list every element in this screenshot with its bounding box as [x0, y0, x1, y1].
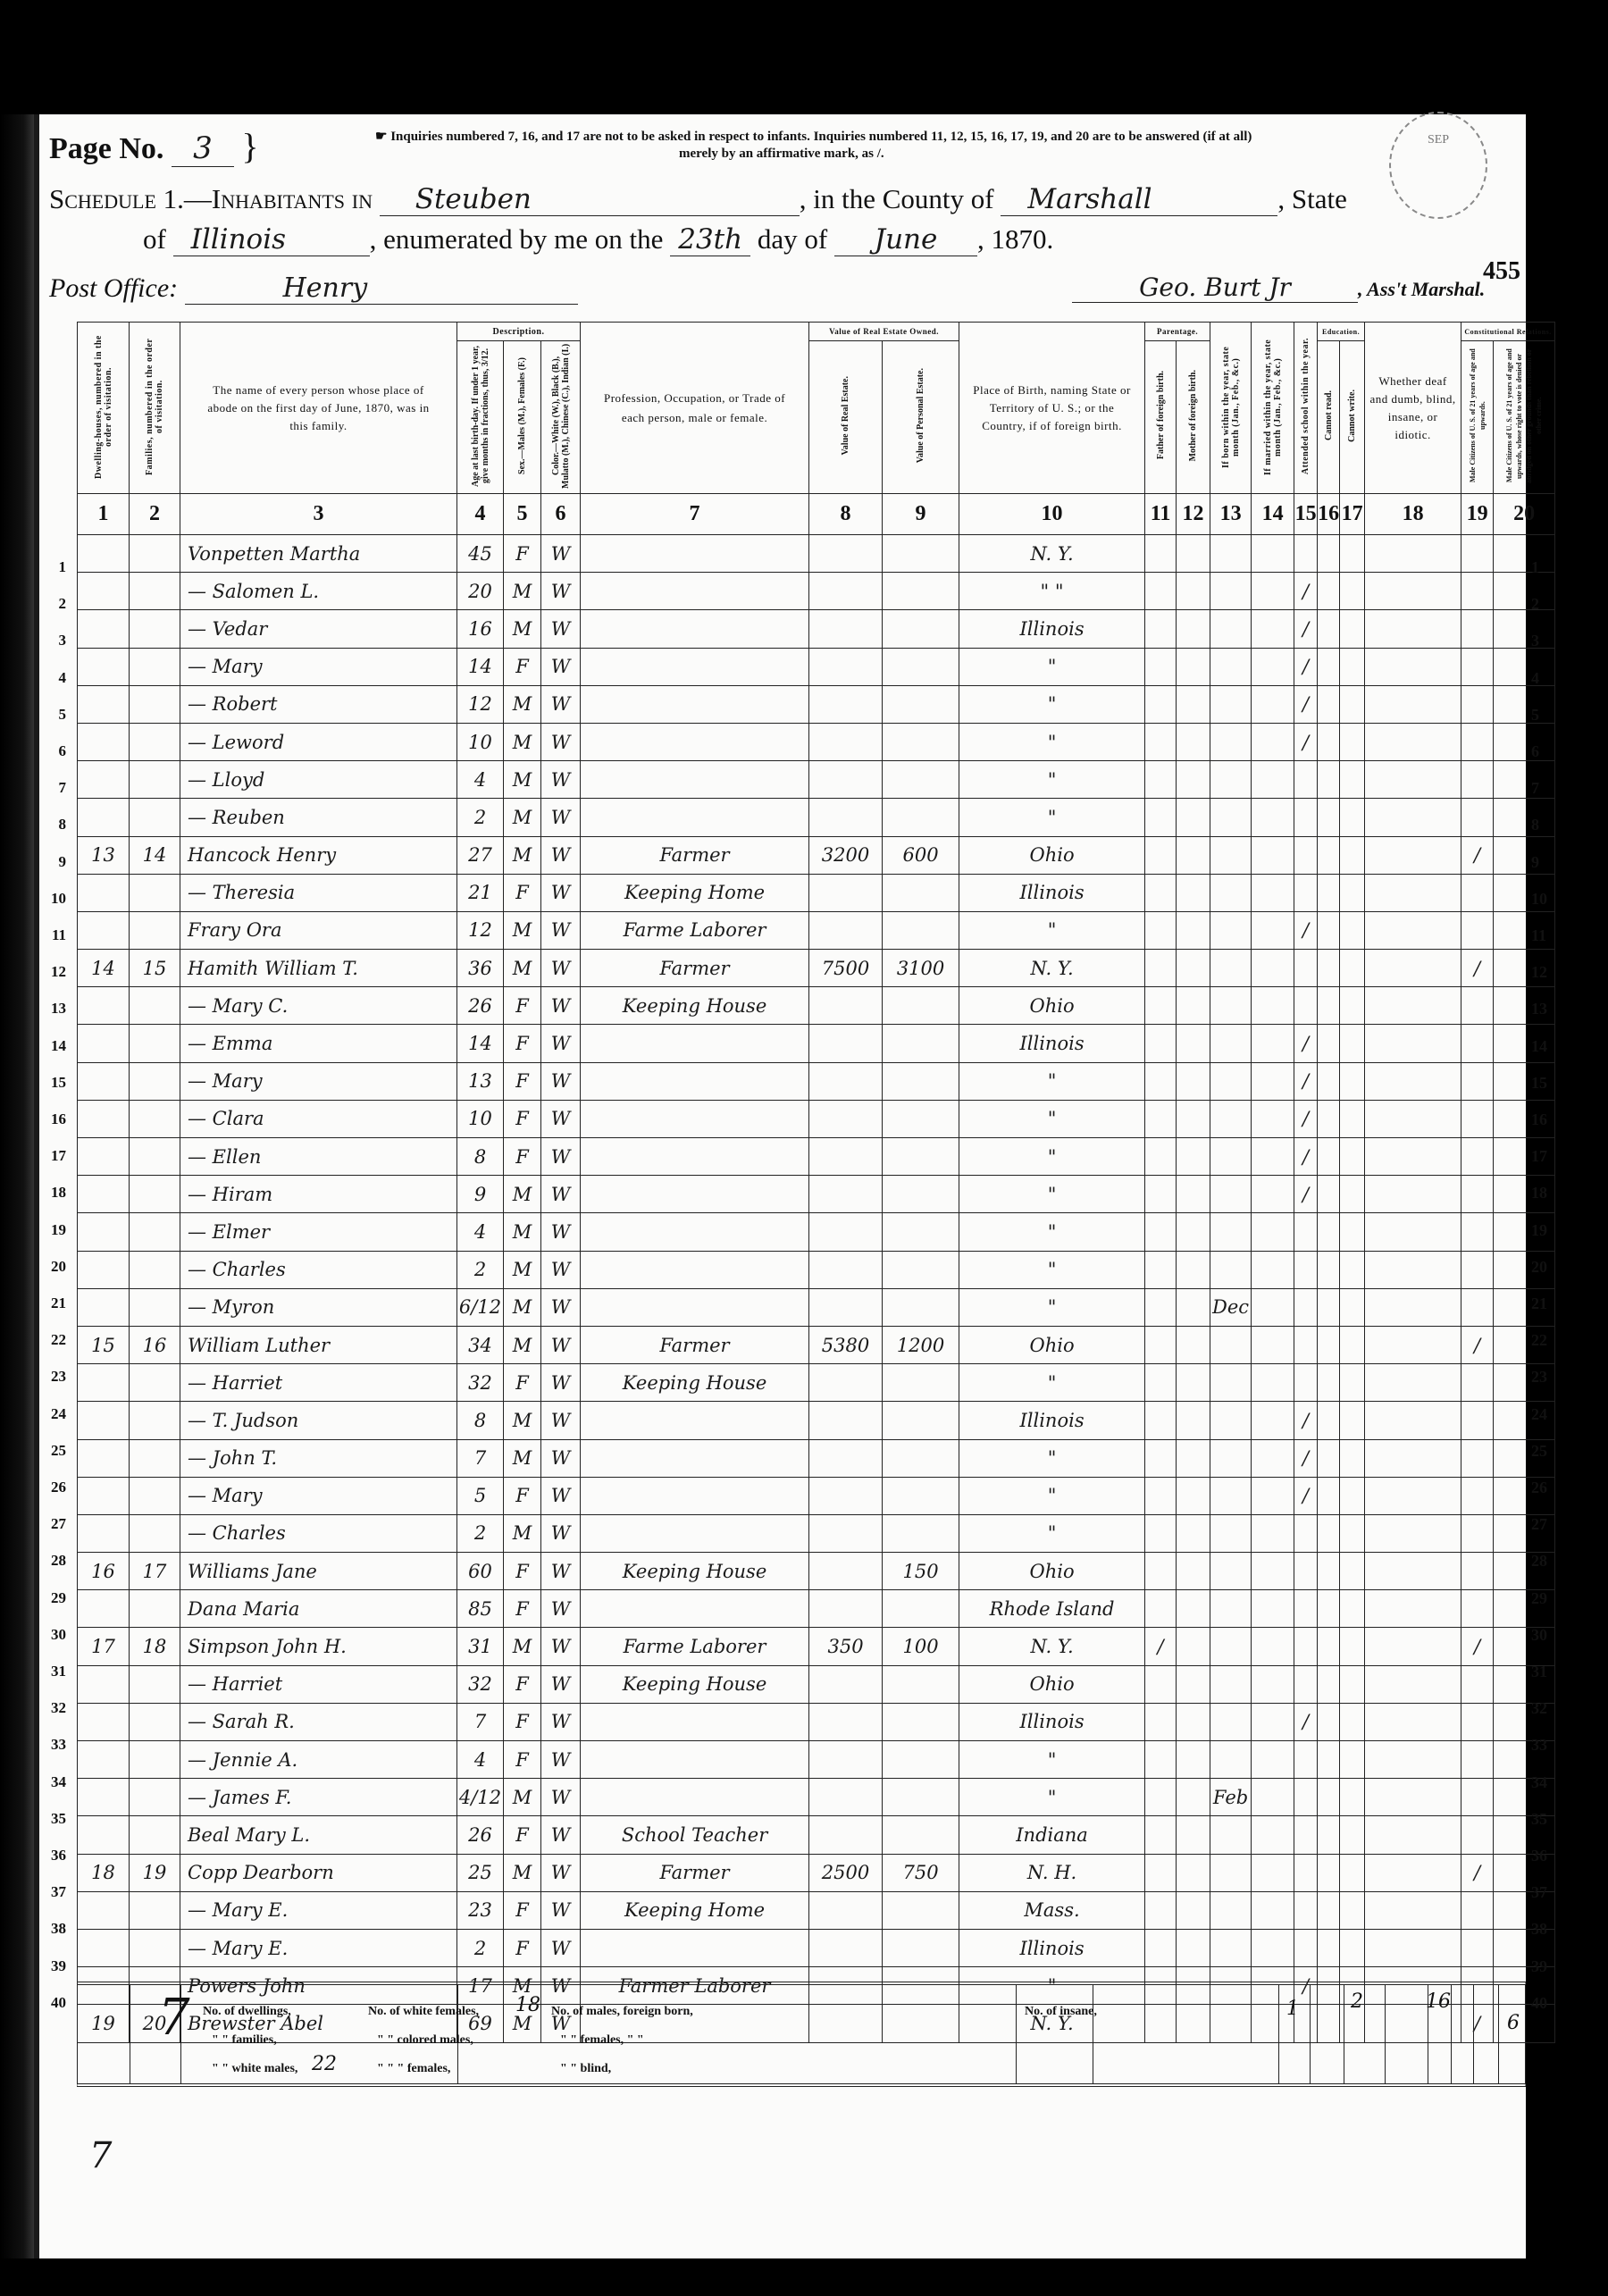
cell-mother-foreign — [1177, 1703, 1210, 1740]
cell-age: 5 — [457, 1477, 504, 1514]
cell-occupation: Keeping House — [581, 987, 809, 1025]
cell-birthplace: " — [959, 1439, 1145, 1477]
line-number-right: 5 — [1531, 706, 1539, 725]
census-row: — Ellen8FW"/ — [78, 1138, 1555, 1176]
cell-color: W — [541, 1213, 581, 1251]
cell-real-estate — [809, 1100, 883, 1137]
cell-real-estate — [809, 1779, 883, 1816]
cell-real-estate — [809, 911, 883, 949]
cell-citizen — [1461, 1665, 1494, 1703]
cell-school: / — [1294, 1138, 1318, 1176]
cell-name: — Leword — [180, 723, 457, 760]
cell-father-foreign — [1145, 1514, 1177, 1552]
census-row: — Salomen L.20MW" "/ — [78, 573, 1555, 610]
cell-father-foreign — [1145, 1100, 1177, 1137]
cell-school: / — [1294, 573, 1318, 610]
cell-mother-foreign — [1177, 1477, 1210, 1514]
cell-disability — [1365, 648, 1461, 685]
cell-name: — Harriet — [180, 1364, 457, 1402]
cell-father-foreign — [1145, 1288, 1177, 1326]
line-number-right: 9 — [1531, 853, 1539, 872]
census-row: 1617Williams Jane60FWKeeping House150Ohi… — [78, 1553, 1555, 1590]
cell-birthplace: Ohio — [959, 1553, 1145, 1590]
cell-age: 10 — [457, 723, 504, 760]
census-row: — Elmer4MW" — [78, 1213, 1555, 1251]
cell-birthplace: Illinois — [959, 1703, 1145, 1740]
cell-father-foreign — [1145, 685, 1177, 723]
cell-born-month — [1210, 987, 1252, 1025]
cell-cannot-write — [1340, 761, 1365, 799]
cell-cannot-write — [1340, 1703, 1365, 1740]
cell-cannot-read — [1318, 1402, 1340, 1439]
cell-born-month — [1210, 1665, 1252, 1703]
cell-family — [130, 1741, 180, 1779]
col-7-header: Profession, Occupation, or Trade of each… — [581, 323, 809, 494]
cell-school — [1294, 1326, 1318, 1363]
cell-age: 4 — [457, 1213, 504, 1251]
cell-born-month — [1210, 1138, 1252, 1176]
cell-cannot-write — [1340, 1176, 1365, 1213]
cell-name: — Mary C. — [180, 987, 457, 1025]
cell-cannot-read — [1318, 1251, 1340, 1288]
cell-mother-foreign — [1177, 1514, 1210, 1552]
cell-family — [130, 1288, 180, 1326]
cell-cannot-write — [1340, 1402, 1365, 1439]
cell-family — [130, 573, 180, 610]
cell-cannot-write — [1340, 836, 1365, 874]
cell-birthplace: " — [959, 1251, 1145, 1288]
cell-cannot-read — [1318, 1477, 1340, 1514]
cell-citizen — [1461, 1477, 1494, 1514]
census-row: — Harriet32FWKeeping House" — [78, 1364, 1555, 1402]
cell-name: — Salomen L. — [180, 573, 457, 610]
cell-real-estate — [809, 685, 883, 723]
cell-cannot-write — [1340, 1025, 1365, 1062]
cell-sex: F — [504, 535, 541, 573]
cell-birthplace: N. Y. — [959, 535, 1145, 573]
cell-school — [1294, 1891, 1318, 1929]
cell-dwelling: 16 — [78, 1553, 130, 1590]
cell-age: 85 — [457, 1590, 504, 1628]
cell-birthplace: " — [959, 1364, 1145, 1402]
cell-school: / — [1294, 1025, 1318, 1062]
county-field: Marshall — [1001, 183, 1277, 216]
inquiry-note-line1: ☛ Inquiries numbered 7, 16, and 17 are n… — [375, 129, 1528, 146]
cell-real-estate — [809, 1590, 883, 1628]
constitutional-group-header: Constitutional Relations. — [1461, 323, 1555, 341]
cell-family — [130, 685, 180, 723]
cell-occupation — [581, 1251, 809, 1288]
cell-sex: M — [504, 1326, 541, 1363]
cell-father-foreign — [1145, 1176, 1177, 1213]
cell-family — [130, 1213, 180, 1251]
cell-citizen — [1461, 1439, 1494, 1477]
cell-birthplace: Illinois — [959, 610, 1145, 648]
cell-cannot-write — [1340, 911, 1365, 949]
cell-disability — [1365, 685, 1461, 723]
cell-father-foreign — [1145, 836, 1177, 874]
cell-personal-estate: 150 — [883, 1553, 959, 1590]
cell-age: 60 — [457, 1553, 504, 1590]
cell-occupation — [581, 1176, 809, 1213]
cell-disability — [1365, 1929, 1461, 1966]
cell-married-month — [1252, 1477, 1294, 1514]
cell-personal-estate — [883, 1741, 959, 1779]
cell-personal-estate: 100 — [883, 1628, 959, 1665]
cell-color: W — [541, 911, 581, 949]
cell-mother-foreign — [1177, 987, 1210, 1025]
cell-cannot-read — [1318, 761, 1340, 799]
cell-mother-foreign — [1177, 1590, 1210, 1628]
township-field: Steuben — [380, 183, 800, 216]
cell-dwelling — [78, 1891, 130, 1929]
cell-cannot-write — [1340, 1891, 1365, 1929]
tally-father-foreign: 1 — [1286, 1998, 1299, 2020]
cell-real-estate — [809, 1138, 883, 1176]
column-number-9: 9 — [883, 494, 959, 535]
col-15-header: Attended school within the year. — [1294, 323, 1318, 494]
cell-personal-estate — [883, 1816, 959, 1854]
census-row: Vonpetten Martha45FWN. Y. — [78, 535, 1555, 573]
line-number-left: 8 — [39, 816, 66, 834]
cell-real-estate — [809, 874, 883, 911]
cell-disability — [1365, 1402, 1461, 1439]
header-group-row: Dwelling-houses, numbered in the order o… — [78, 323, 1555, 341]
cell-school — [1294, 1816, 1318, 1854]
cell-citizen — [1461, 1402, 1494, 1439]
col-18-header: Whether deaf and dumb, blind, insane, or… — [1365, 323, 1461, 494]
cell-occupation: Farme Laborer — [581, 911, 809, 949]
of-label: of — [143, 223, 166, 255]
cell-citizen — [1461, 723, 1494, 760]
cell-school: / — [1294, 685, 1318, 723]
cell-personal-estate — [883, 761, 959, 799]
cell-married-month — [1252, 1703, 1294, 1740]
cell-disability — [1365, 1364, 1461, 1402]
census-row: — Vedar16MWIllinois/ — [78, 610, 1555, 648]
cell-cannot-read — [1318, 1364, 1340, 1402]
cell-name: Beal Mary L. — [180, 1816, 457, 1854]
cell-cannot-read — [1318, 1514, 1340, 1552]
cell-personal-estate — [883, 723, 959, 760]
cell-born-month — [1210, 1213, 1252, 1251]
cell-citizen — [1461, 1100, 1494, 1137]
cell-father-foreign — [1145, 761, 1177, 799]
cell-father-foreign — [1145, 1213, 1177, 1251]
cell-personal-estate — [883, 535, 959, 573]
cell-sex: M — [504, 610, 541, 648]
cell-dwelling — [78, 535, 130, 573]
page-number-line: Page No. 3 } — [49, 125, 259, 167]
cell-occupation: Farme Laborer — [581, 1628, 809, 1665]
col-10-header: Place of Birth, naming State or Territor… — [959, 323, 1145, 494]
cell-age: 45 — [457, 535, 504, 573]
cell-family — [130, 1364, 180, 1402]
cell-school — [1294, 836, 1318, 874]
line-number-right: 2 — [1531, 595, 1539, 614]
cell-occupation — [581, 1741, 809, 1779]
cell-cannot-write — [1340, 1816, 1365, 1854]
cell-cannot-read — [1318, 1213, 1340, 1251]
cell-cannot-read — [1318, 1176, 1340, 1213]
col-12-header: Mother of foreign birth. — [1177, 341, 1210, 494]
white-females-label: No. of white females, — [368, 2005, 479, 2019]
cell-father-foreign — [1145, 1741, 1177, 1779]
cell-cannot-write — [1340, 723, 1365, 760]
cell-family — [130, 911, 180, 949]
cell-real-estate — [809, 1213, 883, 1251]
cell-cannot-write — [1340, 1439, 1365, 1477]
cell-father-foreign — [1145, 1138, 1177, 1176]
cell-occupation: Farmer — [581, 950, 809, 987]
cell-age: 14 — [457, 648, 504, 685]
line-number-left: 13 — [39, 1000, 66, 1018]
cell-sex: M — [504, 685, 541, 723]
census-row: — Sarah R.7FWIllinois/ — [78, 1703, 1555, 1740]
cell-cannot-read — [1318, 1288, 1340, 1326]
cell-occupation — [581, 1025, 809, 1062]
line-number-left: 11 — [39, 926, 66, 944]
col-9-header: Value of Personal Estate. — [883, 341, 959, 494]
census-row: — Robert12MW"/ — [78, 685, 1555, 723]
cell-mother-foreign — [1177, 1025, 1210, 1062]
cell-dwelling — [78, 1364, 130, 1402]
cell-mother-foreign — [1177, 1402, 1210, 1439]
cell-birthplace: Mass. — [959, 1891, 1145, 1929]
cell-real-estate — [809, 1025, 883, 1062]
cell-age: 26 — [457, 987, 504, 1025]
cell-father-foreign — [1145, 1854, 1177, 1891]
cell-name: Williams Jane — [180, 1553, 457, 1590]
cell-dwelling — [78, 874, 130, 911]
line-number-left: 24 — [39, 1405, 66, 1423]
line-number-right: 40 — [1531, 1994, 1547, 2013]
cell-sex: M — [504, 1854, 541, 1891]
cell-mother-foreign — [1177, 761, 1210, 799]
cell-father-foreign — [1145, 723, 1177, 760]
cell-mother-foreign — [1177, 1138, 1210, 1176]
cell-cannot-write — [1340, 1665, 1365, 1703]
cell-occupation — [581, 1213, 809, 1251]
cell-father-foreign — [1145, 1251, 1177, 1288]
blind-label: " " blind, — [560, 2062, 611, 2076]
cell-cannot-read — [1318, 911, 1340, 949]
line-number-left: 14 — [39, 1037, 66, 1055]
cell-disability — [1365, 1138, 1461, 1176]
cell-school — [1294, 1929, 1318, 1966]
cell-married-month — [1252, 1929, 1294, 1966]
line-number-left: 17 — [39, 1147, 66, 1165]
cell-born-month — [1210, 1439, 1252, 1477]
line-number-right: 21 — [1531, 1295, 1547, 1313]
cell-sex: M — [504, 1288, 541, 1326]
cell-denied — [1494, 761, 1555, 799]
day-field: 23th — [670, 223, 750, 256]
line-number-left: 30 — [39, 1626, 66, 1644]
cell-name: Copp Dearborn — [180, 1854, 457, 1891]
cell-age: 25 — [457, 1854, 504, 1891]
cell-occupation — [581, 1439, 809, 1477]
cell-name: — Mary — [180, 1477, 457, 1514]
cell-school — [1294, 1251, 1318, 1288]
foreign-females-label: " " females, " " — [560, 2033, 644, 2048]
cell-married-month — [1252, 1741, 1294, 1779]
cell-school — [1294, 987, 1318, 1025]
cell-family — [130, 1176, 180, 1213]
cell-cannot-write — [1340, 1514, 1365, 1552]
cell-disability — [1365, 1816, 1461, 1854]
cell-sex: M — [504, 836, 541, 874]
cell-name: William Luther — [180, 1326, 457, 1363]
cell-family — [130, 761, 180, 799]
cell-occupation — [581, 573, 809, 610]
column-number-14: 14 — [1252, 494, 1294, 535]
cell-school: / — [1294, 1703, 1318, 1740]
cell-occupation — [581, 1138, 809, 1176]
state-date-line: of Illinois, enumerated by me on the 23t… — [143, 223, 1053, 256]
cell-mother-foreign — [1177, 1213, 1210, 1251]
col-16-header: Cannot read. — [1318, 341, 1340, 494]
cell-married-month — [1252, 1100, 1294, 1137]
cell-school: / — [1294, 610, 1318, 648]
cell-cannot-read — [1318, 573, 1340, 610]
cell-married-month — [1252, 1439, 1294, 1477]
cell-personal-estate — [883, 911, 959, 949]
col-4-header: Age at last birth-day. If under 1 year, … — [457, 341, 504, 494]
cell-color: W — [541, 1628, 581, 1665]
cell-dwelling — [78, 911, 130, 949]
cell-birthplace: " — [959, 1477, 1145, 1514]
cell-denied — [1494, 799, 1555, 836]
cell-cannot-read — [1318, 535, 1340, 573]
cell-dwelling — [78, 1741, 130, 1779]
cell-citizen — [1461, 1138, 1494, 1176]
cell-disability — [1365, 1854, 1461, 1891]
col-1-header: Dwelling-houses, numbered in the order o… — [78, 323, 130, 494]
line-number-left: 2 — [39, 595, 66, 613]
cell-family — [130, 535, 180, 573]
column-number-2: 2 — [130, 494, 180, 535]
census-row: — Lloyd4MW" — [78, 761, 1555, 799]
cell-disability — [1365, 1213, 1461, 1251]
cell-dwelling — [78, 1288, 130, 1326]
cell-real-estate — [809, 1514, 883, 1552]
column-number-8: 8 — [809, 494, 883, 535]
cell-born-month — [1210, 1816, 1252, 1854]
cell-citizen: / — [1461, 1854, 1494, 1891]
cell-real-estate — [809, 535, 883, 573]
line-number-left: 10 — [39, 890, 66, 908]
cell-name: — Sarah R. — [180, 1703, 457, 1740]
cell-name: — Mary E. — [180, 1929, 457, 1966]
cell-school — [1294, 1590, 1318, 1628]
cell-birthplace: " — [959, 1100, 1145, 1137]
cell-real-estate: 3200 — [809, 836, 883, 874]
cell-color: W — [541, 1364, 581, 1402]
cell-sex: F — [504, 648, 541, 685]
line-number-left: 21 — [39, 1295, 66, 1312]
cell-occupation — [581, 1100, 809, 1137]
cell-age: 20 — [457, 573, 504, 610]
cell-sex: F — [504, 1062, 541, 1100]
cell-citizen — [1461, 1779, 1494, 1816]
cell-age: 13 — [457, 1062, 504, 1100]
line-number-right: 17 — [1531, 1147, 1547, 1166]
line-number-left: 22 — [39, 1331, 66, 1349]
cell-family: 15 — [130, 950, 180, 987]
cell-real-estate — [809, 573, 883, 610]
cell-color: W — [541, 535, 581, 573]
tally-born-in-year: 2 — [1351, 1990, 1363, 2013]
cell-father-foreign — [1145, 1665, 1177, 1703]
cell-school — [1294, 1288, 1318, 1326]
cell-mother-foreign — [1177, 1741, 1210, 1779]
cell-dwelling — [78, 1439, 130, 1477]
cell-father-foreign — [1145, 535, 1177, 573]
line-number-left: 5 — [39, 706, 66, 724]
cell-dwelling — [78, 1100, 130, 1137]
cell-occupation — [581, 648, 809, 685]
column-number-17: 17 — [1340, 494, 1365, 535]
census-row: — John T.7MW"/ — [78, 1439, 1555, 1477]
cell-cannot-write — [1340, 573, 1365, 610]
cell-married-month — [1252, 987, 1294, 1025]
cell-school — [1294, 1628, 1318, 1665]
cell-cannot-read — [1318, 799, 1340, 836]
cell-disability — [1365, 1741, 1461, 1779]
cell-mother-foreign — [1177, 1929, 1210, 1966]
cell-family: 19 — [130, 1854, 180, 1891]
cell-family — [130, 1402, 180, 1439]
cell-age: 34 — [457, 1326, 504, 1363]
cell-birthplace: Illinois — [959, 874, 1145, 911]
cell-age: 2 — [457, 1251, 504, 1288]
cell-cannot-write — [1340, 1288, 1365, 1326]
cell-school: / — [1294, 911, 1318, 949]
cell-born-month — [1210, 1326, 1252, 1363]
cell-cannot-read — [1318, 1741, 1340, 1779]
cell-sex: M — [504, 1514, 541, 1552]
cell-color: W — [541, 836, 581, 874]
line-number-left: 6 — [39, 742, 66, 760]
cell-married-month — [1252, 1251, 1294, 1288]
cell-citizen — [1461, 1251, 1494, 1288]
cell-name: — Robert — [180, 685, 457, 723]
cell-citizen — [1461, 799, 1494, 836]
cell-born-month — [1210, 874, 1252, 911]
cell-disability — [1365, 1514, 1461, 1552]
cell-age: 4/12 — [457, 1779, 504, 1816]
cell-mother-foreign — [1177, 1854, 1210, 1891]
cell-name: — Emma — [180, 1025, 457, 1062]
cell-family — [130, 1251, 180, 1288]
cell-cannot-read — [1318, 1854, 1340, 1891]
cell-color: W — [541, 573, 581, 610]
cell-cannot-read — [1318, 1891, 1340, 1929]
cell-denied — [1494, 685, 1555, 723]
cell-school — [1294, 1779, 1318, 1816]
cell-cannot-read — [1318, 1062, 1340, 1100]
cell-disability — [1365, 1176, 1461, 1213]
cell-family — [130, 1477, 180, 1514]
cell-born-month — [1210, 1703, 1252, 1740]
cell-cannot-write — [1340, 1854, 1365, 1891]
column-number-18: 18 — [1365, 494, 1461, 535]
cell-father-foreign — [1145, 799, 1177, 836]
cell-real-estate — [809, 1703, 883, 1740]
cell-personal-estate — [883, 1100, 959, 1137]
cell-disability — [1365, 1703, 1461, 1740]
